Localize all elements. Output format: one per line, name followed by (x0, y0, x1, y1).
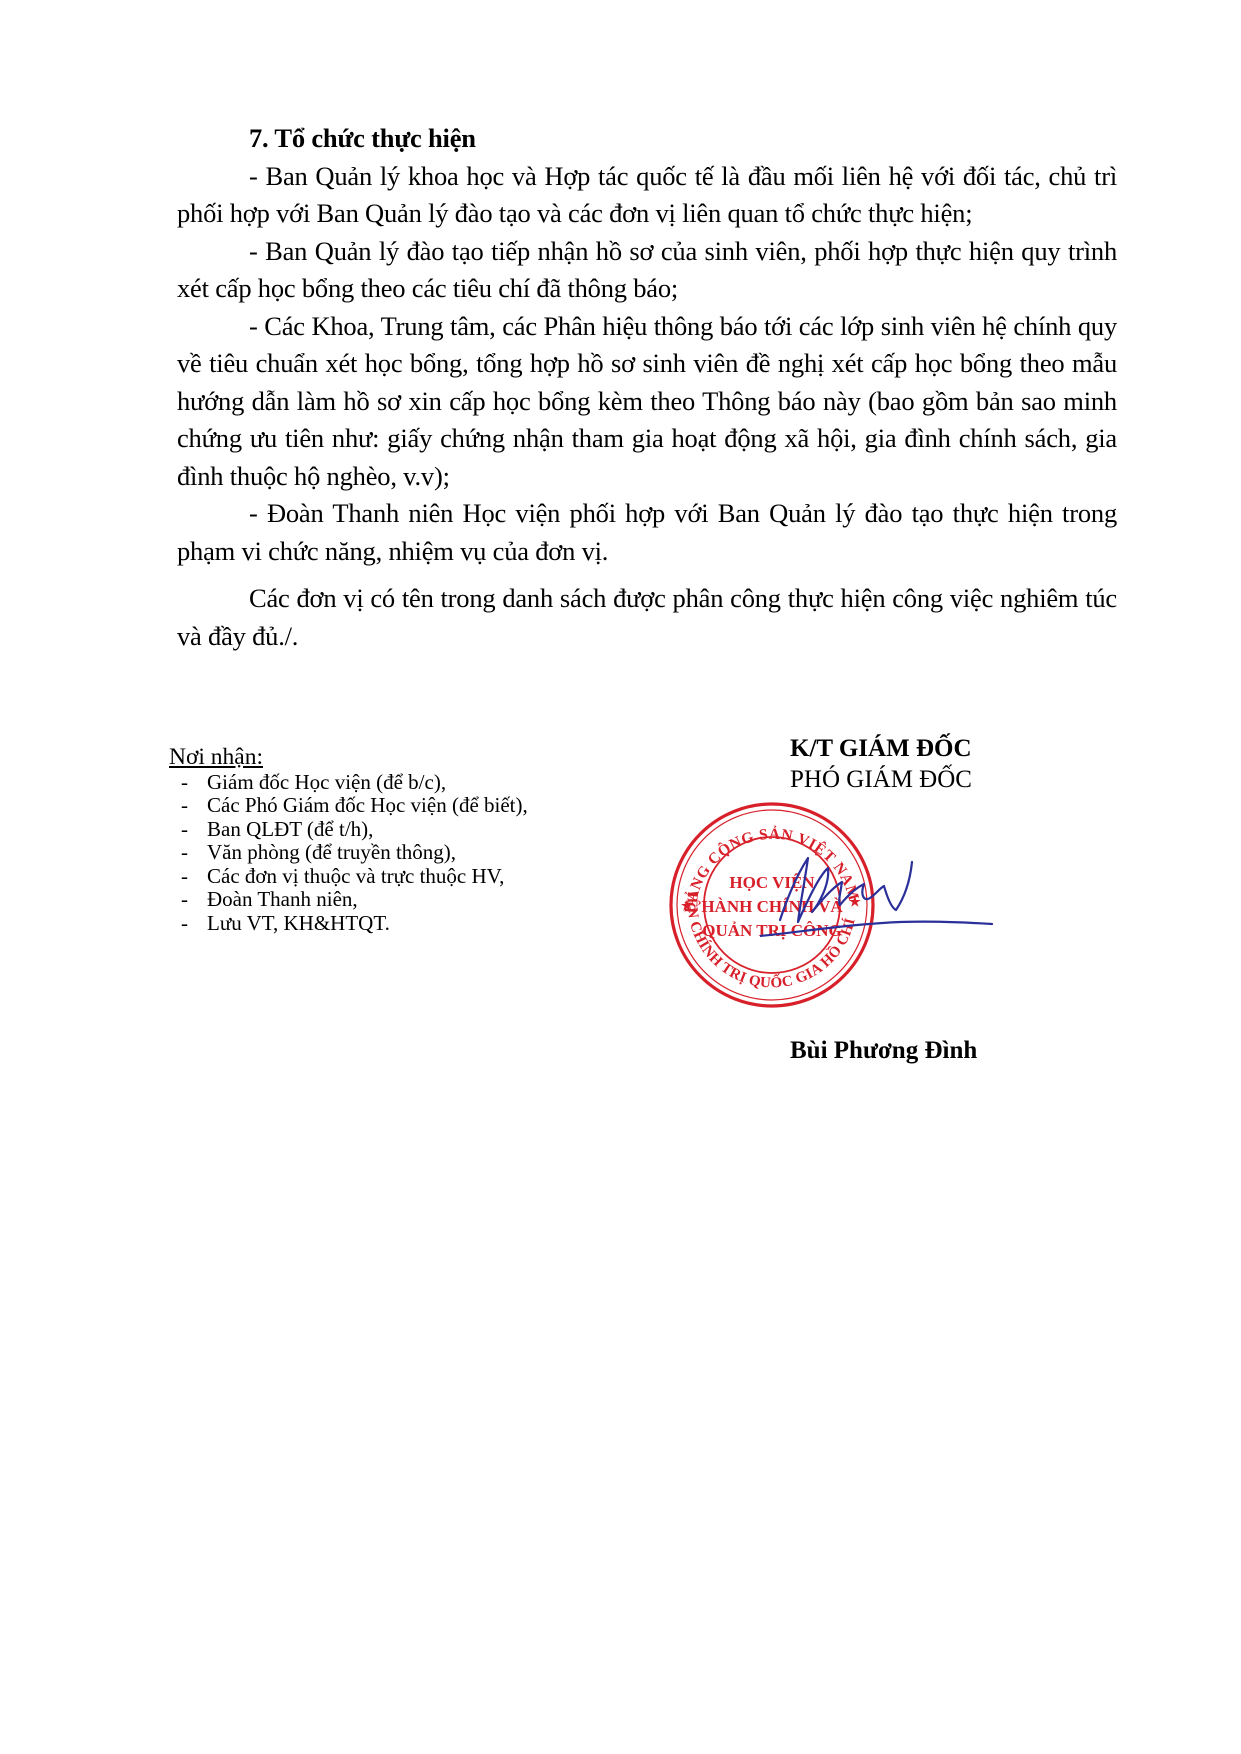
section-heading: 7. Tổ chức thực hiện (177, 120, 1117, 158)
signature-title-primary: K/T GIÁM ĐỐC (790, 733, 1040, 765)
recipient-item: -Lưu VT, KH&HTQT. (169, 912, 629, 936)
signature-title-secondary: PHÓ GIÁM ĐỐC (790, 765, 1040, 795)
dash-bullet: - (181, 888, 188, 912)
document-page: 7. Tổ chức thực hiện - Ban Quản lý khoa … (0, 0, 1241, 1754)
recipient-item: -Các đơn vị thuộc và trực thuộc HV, (169, 865, 629, 889)
recipient-item: -Đoàn Thanh niên, (169, 888, 629, 912)
responsibility-item: - Các Khoa, Trung tâm, các Phân hiệu thô… (177, 308, 1117, 496)
recipients-title: Nơi nhận: (169, 746, 629, 770)
dash-bullet: - (181, 912, 188, 936)
dash-bullet: - (181, 771, 188, 795)
recipients-list: -Giám đốc Học viện (để b/c), -Các Phó Gi… (169, 771, 629, 936)
signer-name: Bùi Phương Đình (790, 1037, 977, 1065)
dash-bullet: - (181, 794, 188, 818)
closing-paragraph: Các đơn vị có tên trong danh sách được p… (177, 580, 1117, 655)
responsibility-item: - Ban Quản lý đào tạo tiếp nhận hồ sơ củ… (177, 233, 1117, 308)
dash-bullet: - (181, 865, 188, 889)
dash-bullet: - (181, 818, 188, 842)
recipient-item: -Các Phó Giám đốc Học viện (để biết), (169, 794, 629, 818)
handwritten-signature-icon (760, 850, 1010, 950)
signature-block: K/T GIÁM ĐỐC PHÓ GIÁM ĐỐC (760, 733, 1040, 795)
recipient-item: -Văn phòng (để truyền thông), (169, 841, 629, 865)
svg-text:★: ★ (681, 898, 693, 913)
recipients-block: Nơi nhận: -Giám đốc Học viện (để b/c), -… (169, 746, 629, 935)
responsibility-item: - Đoàn Thanh niên Học viện phối hợp với … (177, 495, 1117, 570)
dash-bullet: - (181, 841, 188, 865)
recipient-item: -Ban QLĐT (để t/h), (169, 818, 629, 842)
recipient-item: -Giám đốc Học viện (để b/c), (169, 771, 629, 795)
document-body: 7. Tổ chức thực hiện - Ban Quản lý khoa … (177, 120, 1117, 655)
responsibility-item: - Ban Quản lý khoa học và Hợp tác quốc t… (177, 158, 1117, 233)
